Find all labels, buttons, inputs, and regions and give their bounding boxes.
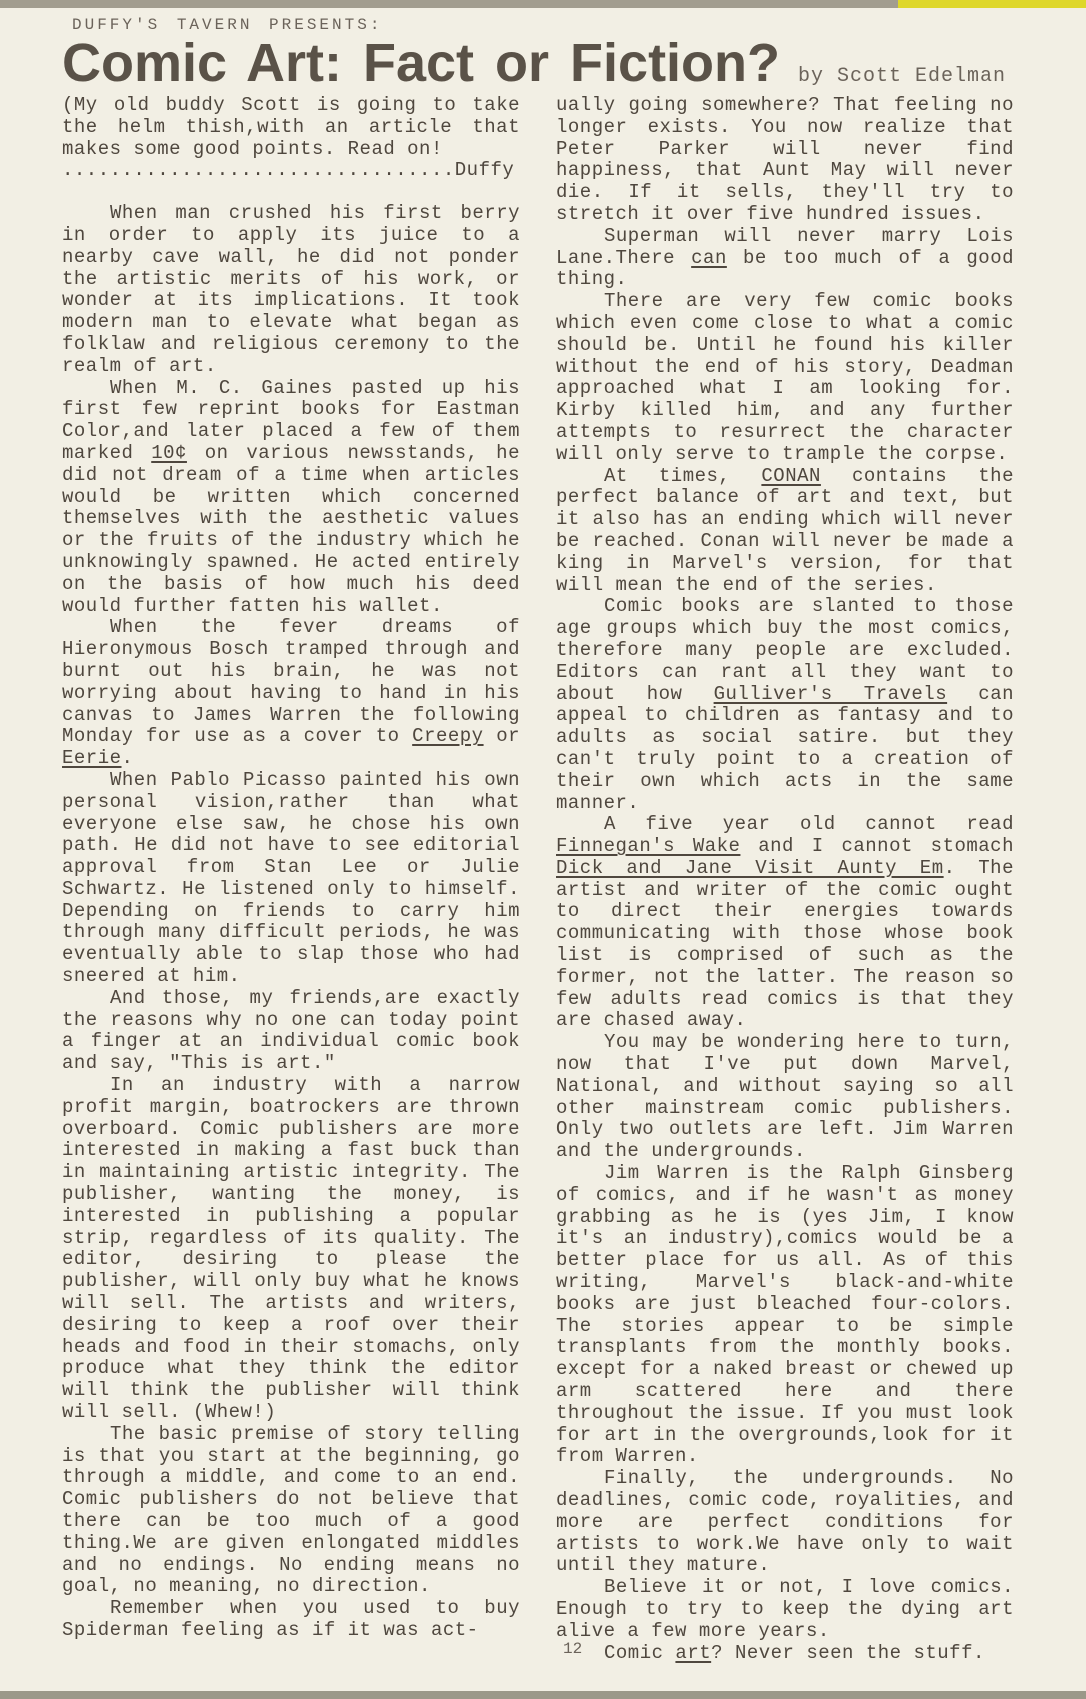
paragraph: Believe it or not, I love comics. Enough… bbox=[556, 1577, 1014, 1642]
paragraph: When the fever dreams of Hieronymous Bos… bbox=[62, 617, 520, 770]
paragraph: There are very few comic books which eve… bbox=[556, 291, 1014, 465]
paragraph: Jim Warren is the Ralph Ginsberg of comi… bbox=[556, 1163, 1014, 1468]
paragraph: (My old buddy Scott is going to take the… bbox=[62, 95, 520, 160]
scan-edge-top-yellow bbox=[898, 0, 1086, 8]
paragraph: Superman will never marry Lois Lane.Ther… bbox=[556, 226, 1014, 291]
scan-edge-bottom bbox=[0, 1691, 1086, 1699]
left-column: (My old buddy Scott is going to take the… bbox=[62, 95, 520, 1664]
paragraph: A five year old cannot read Finnegan's W… bbox=[556, 814, 1014, 1032]
paragraph: When Pablo Picasso painted his own perso… bbox=[62, 770, 520, 988]
paragraph: The basic premise of story telling is th… bbox=[62, 1424, 520, 1598]
paragraph: .................................Duffy bbox=[62, 160, 520, 182]
fanzine-page: DUFFY'S TAVERN PRESENTS: Comic Art: Fact… bbox=[0, 8, 1086, 1664]
paragraph: Remember when you used to buy Spiderman … bbox=[62, 1598, 520, 1642]
title-row: Comic Art: Fact or Fiction? by Scott Ede… bbox=[62, 34, 1076, 92]
paragraph: At times, CONAN contains the perfect bal… bbox=[556, 466, 1014, 597]
byline: by Scott Edelman bbox=[798, 65, 1006, 88]
paragraph: Comic books are slanted to those age gro… bbox=[556, 596, 1014, 814]
paragraph: Comic art? Never seen the stuff. bbox=[556, 1643, 1014, 1665]
paragraph: And those, my friends,are exactly the re… bbox=[62, 988, 520, 1075]
paragraph: When man crushed his first berry in orde… bbox=[62, 203, 520, 377]
kicker: DUFFY'S TAVERN PRESENTS: bbox=[72, 16, 1076, 34]
paragraph: When M. C. Gaines pasted up his first fe… bbox=[62, 378, 520, 618]
page-number: 12 bbox=[563, 1640, 582, 1658]
article-title: Comic Art: Fact or Fiction? bbox=[62, 34, 780, 92]
paragraph: ually going somewhere? That feeling no l… bbox=[556, 95, 1014, 226]
article-body: (My old buddy Scott is going to take the… bbox=[62, 95, 1076, 1664]
paragraph: In an industry with a narrow profit marg… bbox=[62, 1075, 520, 1424]
paragraph: Finally, the undergrounds. No deadlines,… bbox=[556, 1468, 1014, 1577]
right-column: ually going somewhere? That feeling no l… bbox=[556, 95, 1014, 1664]
paragraph: You may be wondering here to turn, now t… bbox=[556, 1032, 1014, 1163]
